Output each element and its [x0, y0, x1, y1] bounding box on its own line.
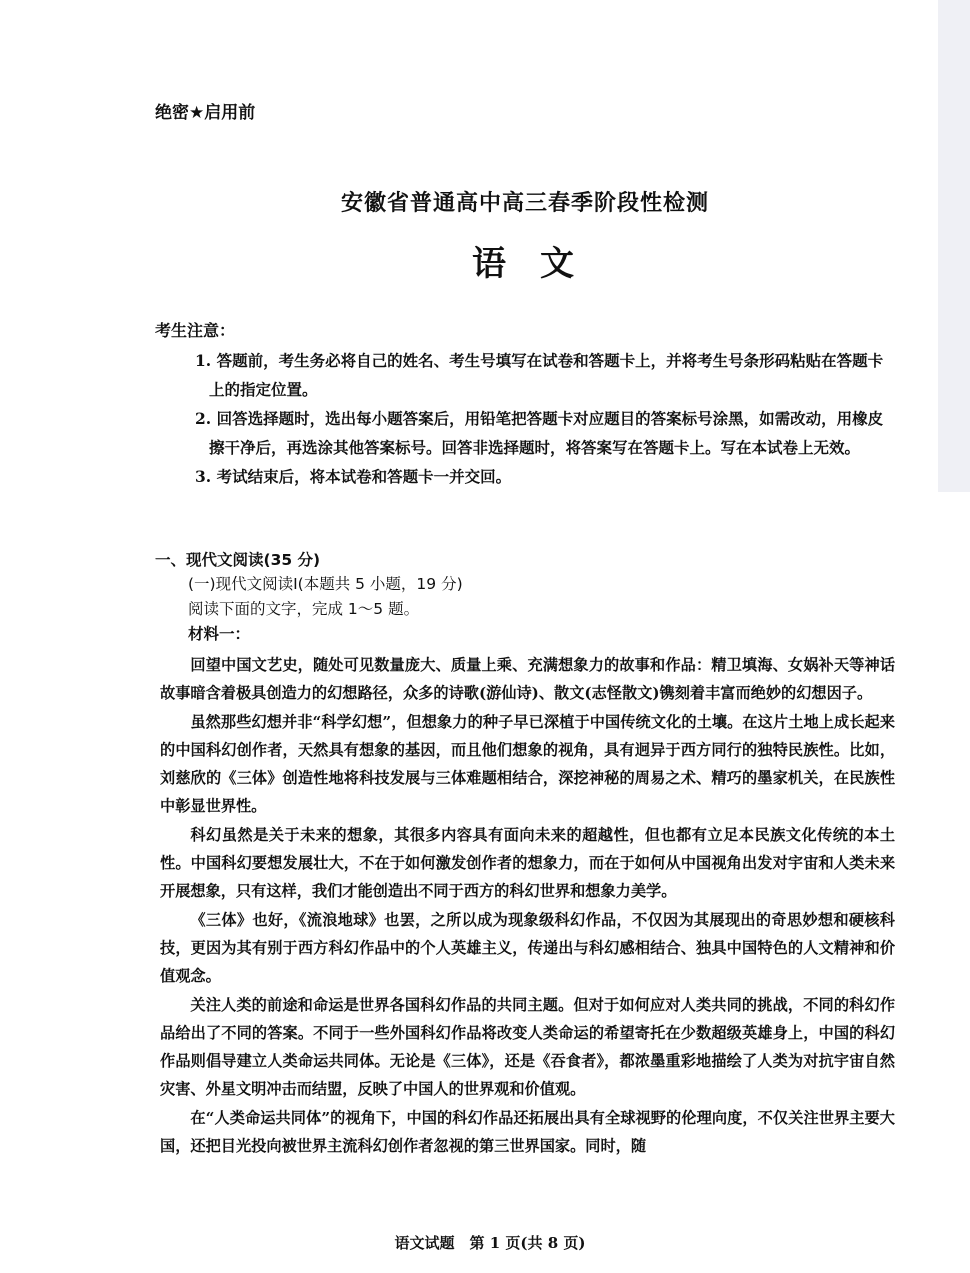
- notice-item: 2. 回答选择题时，选出每小题答案后，用铅笔把答题卡对应题目的答案标号涂黑，如需…: [195, 404, 895, 462]
- confidential-label: 绝密★启用前: [155, 98, 255, 123]
- section-heading: 一、现代文阅读(35 分): [155, 548, 320, 570]
- notice-item: 3. 考试结束后，将本试卷和答题卡一并交回。: [195, 462, 895, 491]
- passage-paragraph: 科幻虽然是关于未来的想象，其很多内容具有面向未来的超越性，但也都有立足本民族文化…: [160, 821, 895, 906]
- reading-passage: 回望中国文艺史，随处可见数量庞大、质量上乘、充满想象力的故事和作品：精卫填海、女…: [160, 651, 895, 1160]
- side-scroll-strip: [938, 0, 970, 492]
- material-label: 材料一：: [188, 622, 888, 647]
- section-intro: (一)现代文阅读Ⅰ(本题共 5 小题，19 分) 阅读下面的文字，完成 1～5 …: [188, 572, 888, 647]
- subject-title: 语文: [440, 236, 640, 285]
- reading-instruction: 阅读下面的文字，完成 1～5 题。: [188, 597, 888, 622]
- passage-paragraph: 关注人类的前途和命运是世界各国科幻作品的共同主题。但对于如何应对人类共同的挑战，…: [160, 991, 895, 1104]
- passage-paragraph: 《三体》也好，《流浪地球》也罢，之所以成为现象级科幻作品，不仅因为其展现出的奇思…: [160, 906, 895, 991]
- passage-paragraph: 在“人类命运共同体”的视角下，中国的科幻作品还拓展出具有全球视野的伦理向度，不仅…: [160, 1104, 895, 1161]
- page-footer: 语文试题 第 1 页(共 8 页): [330, 1232, 650, 1253]
- passage-paragraph: 回望中国文艺史，随处可见数量庞大、质量上乘、充满想象力的故事和作品：精卫填海、女…: [160, 651, 895, 708]
- notice-item: 1. 答题前，考生务必将自己的姓名、考生号填写在试卷和答题卡上，并将考生号条形码…: [195, 346, 895, 404]
- notice-list: 1. 答题前，考生务必将自己的姓名、考生号填写在试卷和答题卡上，并将考生号条形码…: [195, 346, 895, 491]
- exam-title: 安徽省普通高中高三春季阶段性检测: [290, 186, 760, 217]
- passage-paragraph: 虽然那些幻想并非“科学幻想”，但想象力的种子早已深植于中国传统文化的土壤。在这片…: [160, 708, 895, 821]
- sub-section-heading: (一)现代文阅读Ⅰ(本题共 5 小题，19 分): [188, 572, 888, 597]
- notice-heading: 考生注意：: [155, 318, 235, 341]
